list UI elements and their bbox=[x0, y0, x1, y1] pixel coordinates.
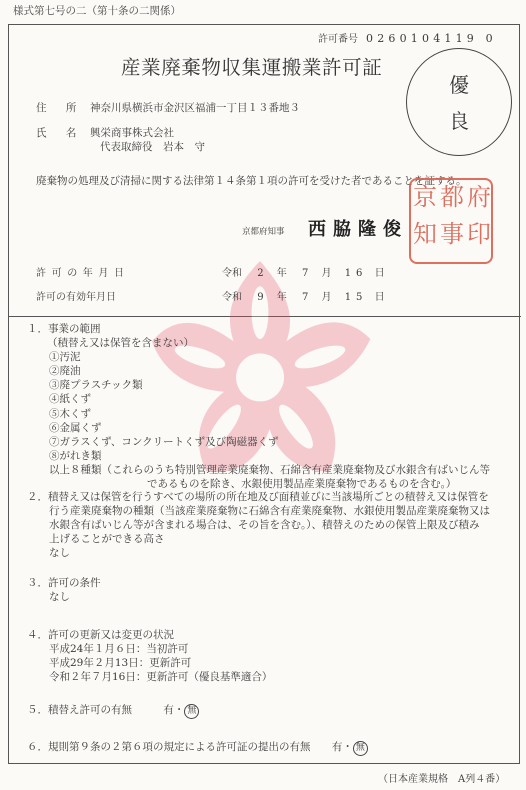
option-text: 有・ bbox=[163, 704, 184, 716]
waste-item: ⑧がれき類 bbox=[27, 449, 490, 463]
representative-name: 代表取締役 岩本 守 bbox=[100, 139, 205, 154]
day: 15 bbox=[345, 292, 368, 303]
section-heading-cont: 上げることができる高さ bbox=[27, 532, 490, 546]
excellence-mark: 優 良 bbox=[406, 48, 512, 156]
section-heading: １．事業の範囲 bbox=[27, 322, 490, 336]
year-unit: 年 bbox=[277, 288, 287, 303]
section-value: なし bbox=[27, 590, 101, 604]
day-unit: 日 bbox=[375, 264, 385, 279]
section-heading: ３．許可の条件 bbox=[27, 576, 101, 590]
waste-item: ④紙くず bbox=[27, 392, 490, 406]
day: 16 bbox=[345, 268, 368, 279]
month-unit: 月 bbox=[322, 264, 332, 279]
issuer-title: 京都府知事 bbox=[242, 225, 285, 237]
waste-item: ③廃プラスチック類 bbox=[27, 378, 490, 392]
section-heading: ６．規則第９条の２第６項の規定による許可証の提出の有無 bbox=[27, 741, 311, 753]
scope-summary-cont: であるものを除き、水銀使用製品産業廃棄物であるものを含む。） bbox=[27, 477, 490, 491]
year-unit: 年 bbox=[277, 264, 287, 279]
address-value: 神奈川県横浜市金沢区福浦一丁目１３番地３ bbox=[90, 100, 300, 115]
section-value: なし bbox=[27, 546, 490, 560]
excellence-mark-line1: 優 bbox=[407, 69, 511, 98]
paper-standard-note: （日本産業規格 A列４番） bbox=[378, 770, 505, 785]
certification-statement: 廃棄物の処理及び清掃に関する法律第１４条第１項の許可を受けた者であることを証する… bbox=[36, 173, 467, 188]
seal-char: 府 bbox=[467, 185, 491, 209]
section-conditions: ３．許可の条件 なし bbox=[27, 576, 101, 604]
waste-item: ②廃油 bbox=[27, 364, 490, 378]
seal-char: 京 bbox=[413, 185, 437, 209]
month-unit: 月 bbox=[322, 288, 332, 303]
year: 9 bbox=[257, 292, 263, 303]
section-heading: ４．許可の更新又は変更の状況 bbox=[27, 628, 272, 642]
form-reference: 様式第七号の二（第十条の二関係） bbox=[13, 3, 181, 18]
permit-date-value: 令和 2 年 7 月 16 日 bbox=[222, 264, 385, 279]
section-storage: ２．積替え又は保管を行うすべての場所の所在地及び面積並びに当該場所ごとの積替え又… bbox=[27, 490, 490, 560]
section-heading-cont: 行う産業廃棄物の種類（当該産業廃棄物に石綿含有産業廃棄物、水銀使用製品産業廃棄物… bbox=[27, 504, 490, 518]
seal-char: 印 bbox=[467, 222, 491, 246]
section-heading: ２．積替え又は保管を行うすべての場所の所在地及び面積並びに当該場所ごとの積替え又… bbox=[27, 490, 490, 504]
permit-date-label: 許可の年月日 bbox=[36, 264, 130, 279]
waste-item: ①汚泥 bbox=[27, 350, 490, 364]
seal-char: 事 bbox=[440, 222, 464, 246]
waste-item: ⑥金属くず bbox=[27, 421, 490, 435]
waste-item: ⑤木くず bbox=[27, 407, 490, 421]
era: 令和 bbox=[222, 288, 242, 303]
waste-item: ⑦ガラスくず、コンクリートくず及び陶磁器くず bbox=[27, 435, 490, 449]
year: 2 bbox=[257, 268, 263, 279]
section-permit-submission: ６．規則第９条の２第６項の規定による許可証の提出の有無 有・無 bbox=[27, 740, 368, 756]
month: 7 bbox=[302, 292, 308, 303]
section-note: （積替え又は保管を含まない） bbox=[27, 336, 490, 350]
issuer-name: 西脇隆俊 bbox=[308, 215, 408, 241]
option-text: 有・ bbox=[332, 741, 353, 753]
selected-option-circled: 無 bbox=[353, 741, 368, 756]
permit-number-value: 0260104119 0 bbox=[366, 32, 497, 45]
section-business-scope: １．事業の範囲 （積替え又は保管を含まない） ①汚泥 ②廃油 ③廃プラスチック類… bbox=[27, 322, 490, 491]
official-seal-icon: 京 都 府 知 事 印 bbox=[409, 178, 493, 264]
address-label: 住 所 bbox=[36, 100, 84, 115]
name-label: 氏 名 bbox=[36, 125, 84, 140]
company-name: 興栄商事株式会社 bbox=[90, 125, 174, 140]
day-unit: 日 bbox=[375, 288, 385, 303]
era: 令和 bbox=[222, 264, 242, 279]
expiry-date-label: 許可の有効年月日 bbox=[36, 288, 116, 303]
excellence-mark-line2: 良 bbox=[407, 105, 511, 134]
seal-char: 都 bbox=[440, 185, 464, 209]
month: 7 bbox=[302, 268, 308, 279]
selected-option-circled: 無 bbox=[184, 704, 199, 719]
section-heading-cont: 水銀含有ばいじん等が含まれる場合は、その旨を含む。）、積替えのための保管上限及び… bbox=[27, 518, 490, 532]
section-heading: ５．積替え許可の有無 bbox=[27, 704, 132, 716]
history-entry: 平成24年１月６日：当初許可 bbox=[27, 642, 272, 656]
section-renewal-history: ４．許可の更新又は変更の状況 平成24年１月６日：当初許可 平成29年２月13日… bbox=[27, 628, 272, 684]
permit-number-label: 許可番号 bbox=[318, 34, 358, 45]
permit-number: 許可番号0260104119 0 bbox=[318, 30, 497, 45]
section-transshipment: ５．積替え許可の有無 有・無 bbox=[27, 703, 199, 719]
history-entry: 平成29年２月13日：更新許可 bbox=[27, 656, 272, 670]
expiry-date-value: 令和 9 年 7 月 15 日 bbox=[222, 288, 385, 303]
history-entry: 令和２年７月16日：更新許可（優良基準適合） bbox=[27, 670, 272, 684]
scope-summary: 以上８種類（これらのうち特別管理産業廃棄物、石綿含有産業廃棄物及び水銀含有ばいじ… bbox=[27, 463, 490, 477]
document-title: 産業廃棄物収集運搬業許可証 bbox=[121, 52, 382, 80]
seal-char: 知 bbox=[413, 222, 437, 246]
